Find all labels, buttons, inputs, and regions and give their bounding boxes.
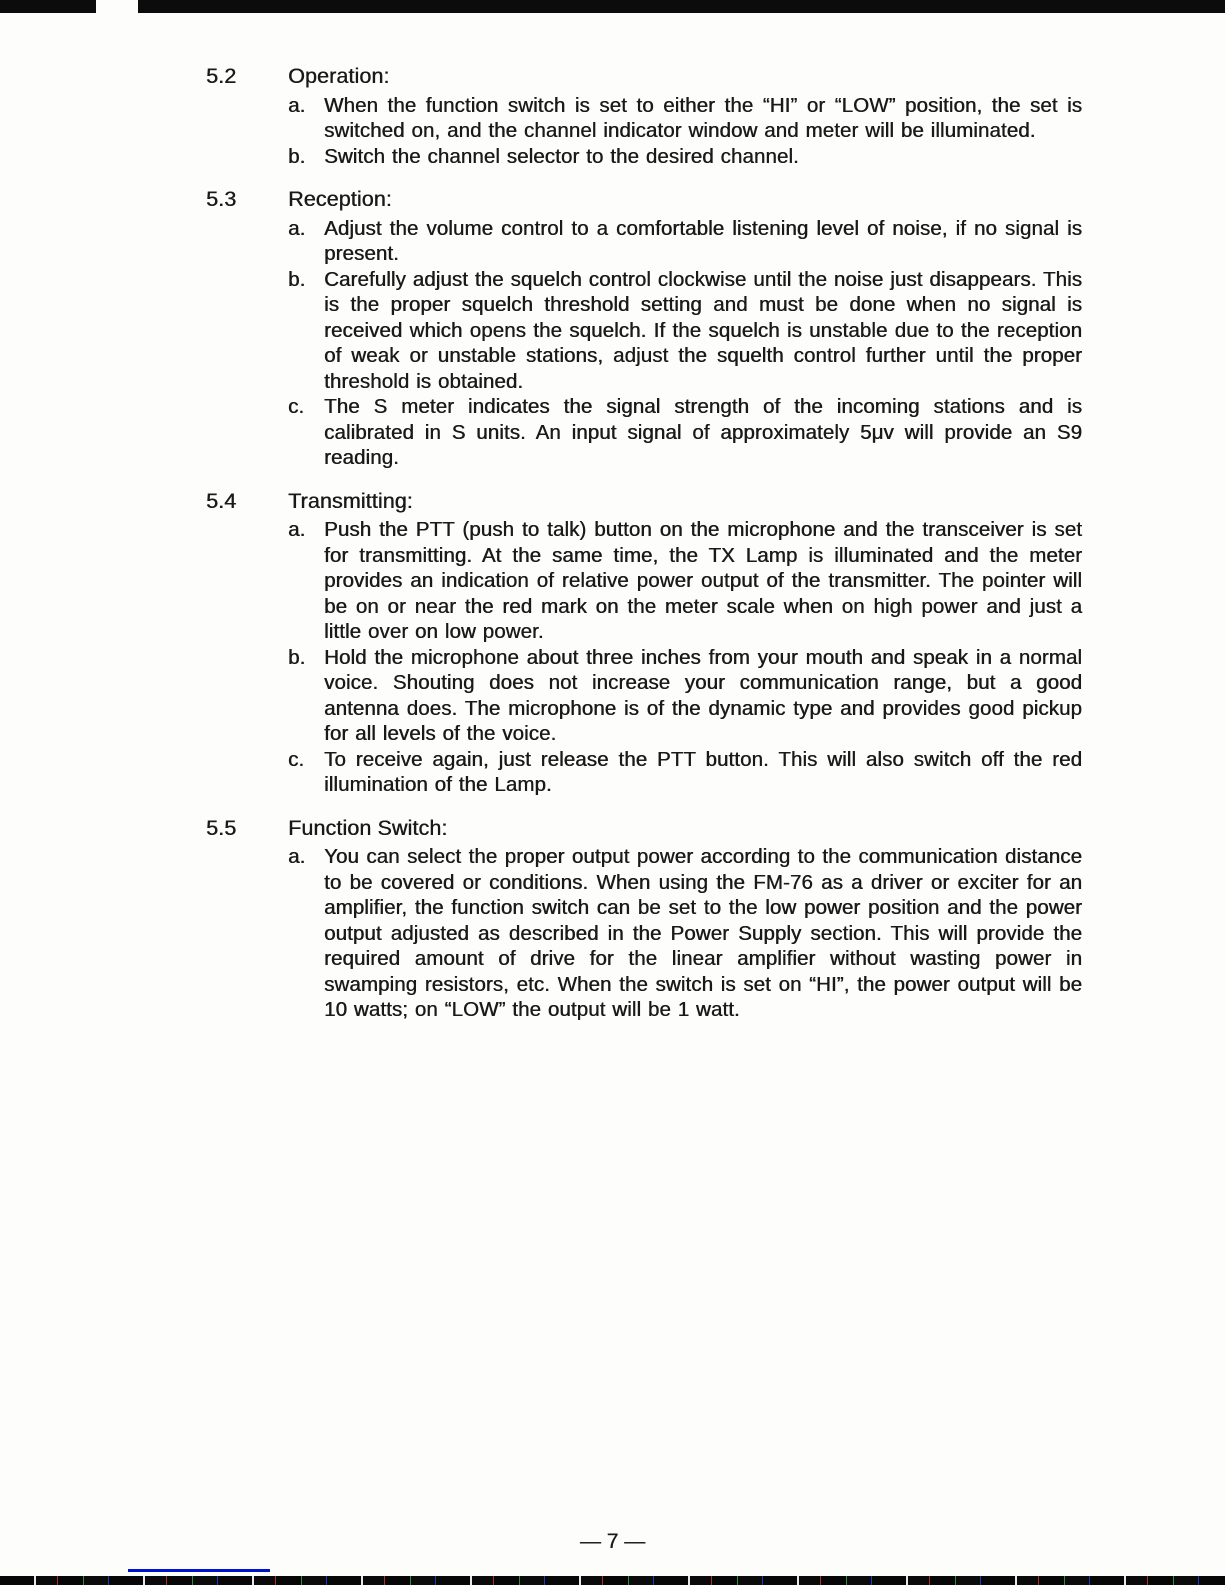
item-text: The S meter indicates the signal strengt… (324, 394, 1082, 471)
item-letter: a. (288, 93, 324, 144)
section-heading: 5.2 Operation: (206, 64, 1082, 90)
list-item: b. Switch the channel selector to the de… (288, 144, 1082, 170)
document-page: 5.2 Operation: a. When the function swit… (0, 0, 1225, 1585)
scan-top-bar-gap (96, 0, 138, 13)
section-title: Function Switch: (288, 816, 447, 842)
item-letter: b. (288, 267, 324, 395)
list-item: a. You can select the proper output powe… (288, 844, 1082, 1023)
section-item-list: a. Push the PTT (push to talk) button on… (206, 517, 1082, 798)
page-number: — 7 — (0, 1530, 1225, 1554)
list-item: b. Hold the microphone about three inche… (288, 645, 1082, 747)
list-item: c. To receive again, just release the PT… (288, 747, 1082, 798)
item-text: When the function switch is set to eithe… (324, 93, 1082, 144)
section-title: Transmitting: (288, 489, 413, 515)
item-letter: b. (288, 144, 324, 170)
section-function-switch: 5.5 Function Switch: a. You can select t… (206, 816, 1082, 1023)
list-item: a. Push the PTT (push to talk) button on… (288, 517, 1082, 645)
section-heading: 5.4 Transmitting: (206, 489, 1082, 515)
section-title: Reception: (288, 187, 392, 213)
item-text: Switch the channel selector to the desir… (324, 144, 1082, 170)
item-text: To receive again, just release the PTT b… (324, 747, 1082, 798)
manual-content: 5.2 Operation: a. When the function swit… (206, 64, 1082, 1041)
scan-artifact-top-bar (0, 0, 1225, 13)
list-item: b. Carefully adjust the squelch control … (288, 267, 1082, 395)
section-title: Operation: (288, 64, 389, 90)
section-item-list: a. You can select the proper output powe… (206, 844, 1082, 1023)
item-letter: c. (288, 394, 324, 471)
section-item-list: a. Adjust the volume control to a comfor… (206, 216, 1082, 471)
section-number: 5.4 (206, 489, 288, 515)
item-text: You can select the proper output power a… (324, 844, 1082, 1023)
item-letter: a. (288, 216, 324, 267)
item-letter: a. (288, 517, 324, 645)
item-text: Hold the microphone about three inches f… (324, 645, 1082, 747)
section-number: 5.2 (206, 64, 288, 90)
item-letter: b. (288, 645, 324, 747)
list-item: c. The S meter indicates the signal stre… (288, 394, 1082, 471)
list-item: a. When the function switch is set to ei… (288, 93, 1082, 144)
item-text: Push the PTT (push to talk) button on th… (324, 517, 1082, 645)
item-letter: a. (288, 844, 324, 1023)
section-number: 5.3 (206, 187, 288, 213)
item-letter: c. (288, 747, 324, 798)
section-heading: 5.3 Reception: (206, 187, 1082, 213)
section-number: 5.5 (206, 816, 288, 842)
scan-artifact-bottom-bar (0, 1576, 1225, 1585)
section-reception: 5.3 Reception: a. Adjust the volume cont… (206, 187, 1082, 471)
item-text: Adjust the volume control to a comfortab… (324, 216, 1082, 267)
list-item: a. Adjust the volume control to a comfor… (288, 216, 1082, 267)
item-text: Carefully adjust the squelch control clo… (324, 267, 1082, 395)
section-item-list: a. When the function switch is set to ei… (206, 93, 1082, 170)
section-transmitting: 5.4 Transmitting: a. Push the PTT (push … (206, 489, 1082, 798)
footer-blue-line (128, 1569, 270, 1572)
section-operation: 5.2 Operation: a. When the function swit… (206, 64, 1082, 169)
section-heading: 5.5 Function Switch: (206, 816, 1082, 842)
